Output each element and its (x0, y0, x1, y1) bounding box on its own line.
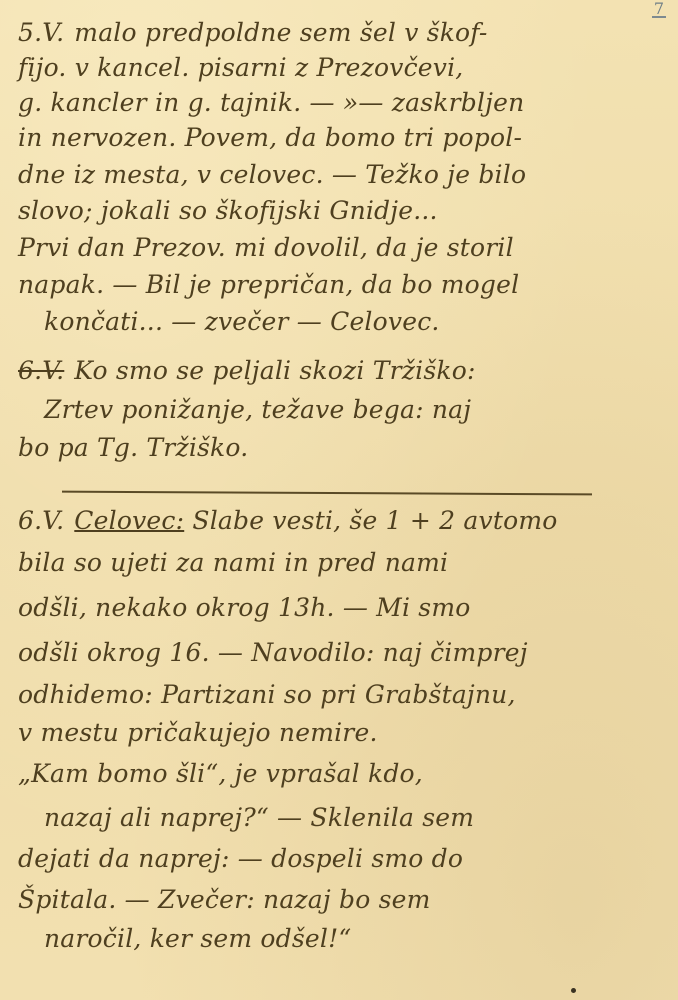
entry-2-line-1: 6.V.Ko smo se peljali skozi Tržiško: (18, 356, 668, 386)
entry-2-line-2: Zrtev ponižanje, težave bega: naj (44, 395, 668, 425)
entry-1-line-3: g. kancler in g. tajnik. — »— zaskrbljen (18, 88, 668, 118)
entry-text: Slabe vesti, še 1 + 2 avtomo (192, 506, 557, 535)
entry-3-line-7: „Kam bomo šli“, je vprašal kdo, (18, 759, 668, 789)
entry-3-line-2: bila so ujeti za nami in pred nami (18, 548, 668, 578)
ink-dot (571, 988, 576, 993)
entry-date: 5.V. (18, 18, 64, 48)
entry-3-line-6: v mestu pričakujejo nemire. (18, 718, 668, 748)
page-number-mark: 7 (652, 2, 666, 18)
entry-text: malo predpoldne sem šel v škof- (74, 18, 487, 47)
entry-3-line-9: dejati da naprej: — dospeli smo do (18, 844, 668, 874)
entry-1-line-2: fijo. v kancel. pisarni z Prezovčevi, (18, 53, 668, 83)
entry-date-crossed: 6.V. (18, 356, 64, 386)
entry-1-line-5: dne iz mesta, v celovec. — Težko je bilo (18, 160, 668, 190)
entry-3-line-10: Špitala. — Zvečer: nazaj bo sem (18, 885, 668, 915)
section-divider (62, 491, 592, 496)
entry-1-line-6: slovo; jokali so škofijski Gnidje... (18, 196, 668, 226)
entry-heading: Celovec: (74, 506, 184, 535)
entry-1-line-1: 5.V.malo predpoldne sem šel v škof- (18, 18, 668, 48)
entry-date: 6.V. (18, 506, 64, 536)
entry-3-line-5: odhidemo: Partizani so pri Grabštajnu, (18, 680, 668, 710)
entry-3-line-1: 6.V.Celovec: Slabe vesti, še 1 + 2 avtom… (18, 506, 668, 536)
entry-text: Ko smo se peljali skozi Tržiško: (74, 356, 475, 385)
entry-3-line-11: naročil, ker sem odšel!“ (44, 924, 668, 954)
entry-3-line-4: odšli okrog 16. — Navodilo: naj čimprej (18, 638, 668, 668)
entry-1-line-8: napak. — Bil je prepričan, da bo mogel (18, 270, 668, 300)
entry-2-line-3: bo pa Tg. Tržiško. (18, 433, 668, 463)
diary-page: 7 5.V.malo predpoldne sem šel v škof- fi… (0, 0, 678, 1000)
entry-1-line-9: končati... — zvečer — Celovec. (44, 307, 668, 337)
entry-1-line-7: Prvi dan Prezov. mi dovolil, da je stori… (18, 233, 668, 263)
entry-3-line-8: nazaj ali naprej?“ — Sklenila sem (44, 803, 668, 833)
entry-1-line-4: in nervozen. Povem, da bomo tri popol- (18, 123, 668, 153)
entry-3-line-3: odšli, nekako okrog 13h. — Mi smo (18, 593, 668, 623)
